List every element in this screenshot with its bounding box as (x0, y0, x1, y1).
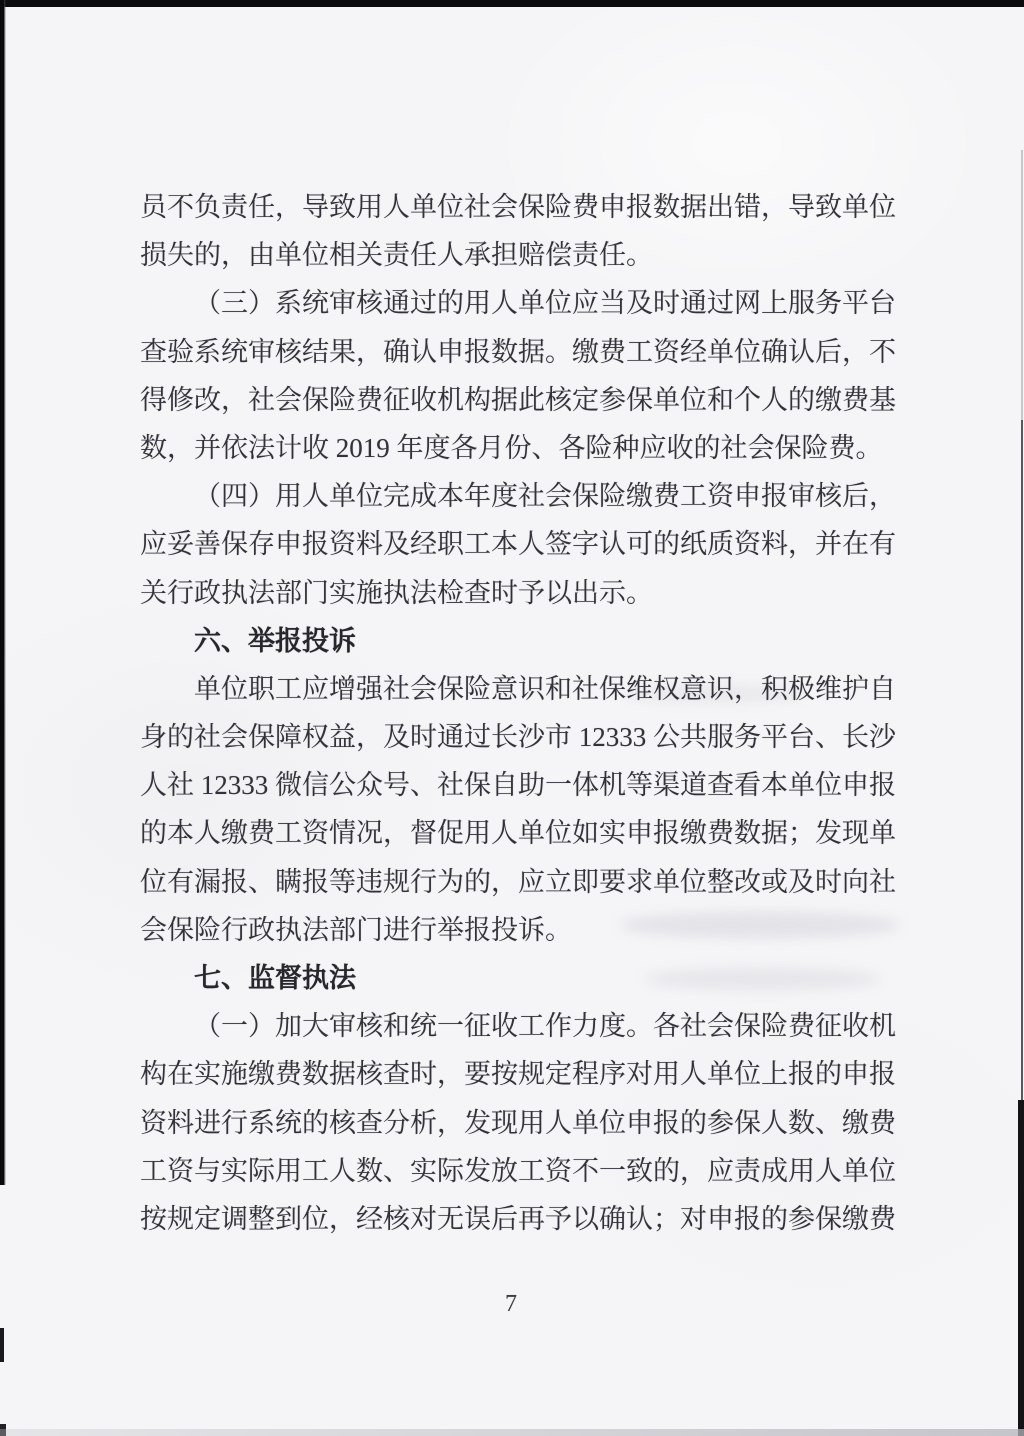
scan-edge-right-dark (1018, 1100, 1024, 1436)
section-heading: 六、举报投诉 (140, 617, 910, 665)
scan-edge-bottom (0, 1429, 1024, 1436)
text-line: （三）系统审核通过的用人单位应当及时通过网上服务平台 (140, 279, 910, 327)
text-line: 关行政执法部门实施执法检查时予以出示。 (140, 569, 910, 617)
scan-edge-right-faint (1021, 150, 1023, 420)
text-line: （四）用人单位完成本年度社会保险缴费工资申报审核后， (140, 472, 910, 520)
scan-edge-left-fragment (0, 1328, 4, 1362)
text-line: 按规定调整到位，经核对无误后再予以确认；对申报的参保缴费 (140, 1195, 910, 1243)
text-line: 应妥善保存申报资料及经职工本人签字认可的纸质资料，并在有 (140, 520, 910, 568)
text-line: 员不负责任，导致用人单位社会保险费申报数据出错，导致单位 (140, 183, 910, 231)
text-line: （一）加大审核和统一征收工作力度。各社会保险费征收机 (140, 1002, 910, 1050)
scan-edge-left (0, 0, 6, 1185)
text-line: 单位职工应增强社会保险意识和社保维权意识，积极维护自 (140, 665, 910, 713)
section-heading: 七、监督执法 (140, 954, 910, 1002)
text-line: 构在实施缴费数据核查时，要按规定程序对用人单位上报的申报 (140, 1050, 910, 1098)
text-line: 查验系统审核结果，确认申报数据。缴费工资经单位确认后，不 (140, 328, 910, 376)
text-line: 人社 12333 微信公众号、社保自助一体机等渠道查看本单位申报 (140, 761, 910, 809)
document-body: 员不负责任，导致用人单位社会保险费申报数据出错，导致单位损失的，由单位相关责任人… (140, 183, 910, 1243)
text-line: 资料进行系统的核查分析，发现用人单位申报的参保人数、缴费 (140, 1099, 910, 1147)
text-line: 损失的，由单位相关责任人承担赔偿责任。 (140, 231, 910, 279)
text-line: 位有漏报、瞒报等违规行为的，应立即要求单位整改或及时向社 (140, 858, 910, 906)
text-line: 身的社会保障权益，及时通过长沙市 12333 公共服务平台、长沙 (140, 713, 910, 761)
text-line: 数，并依法计收 2019 年度各月份、各险种应收的社会保险费。 (140, 424, 910, 472)
text-line: 会保险行政执法部门进行举报投诉。 (140, 906, 910, 954)
text-line: 得修改，社会保险费征收机构据此核定参保单位和个人的缴费基 (140, 376, 910, 424)
text-line: 工资与实际用工人数、实际发放工资不一致的，应责成用人单位 (140, 1147, 910, 1195)
text-line: 的本人缴费工资情况，督促用人单位如实申报缴费数据；发现单 (140, 809, 910, 857)
page-number: 7 (0, 1291, 1022, 1318)
scanned-document-page: 员不负责任，导致用人单位社会保险费申报数据出错，导致单位损失的，由单位相关责任人… (0, 0, 1024, 1436)
scan-edge-right (1021, 420, 1023, 1110)
scan-edge-top (0, 0, 1024, 7)
